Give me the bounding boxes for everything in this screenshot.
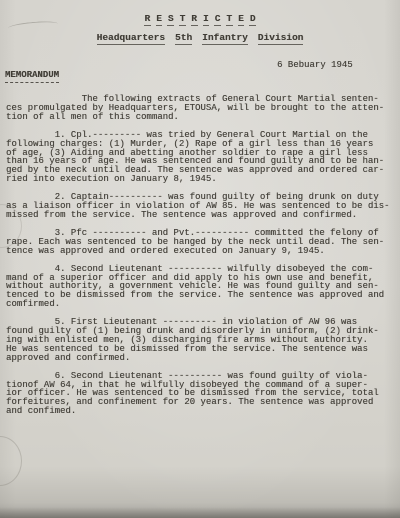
- classification-letter: R: [144, 13, 151, 26]
- classification-letter: C: [214, 13, 221, 26]
- classification-letter: D: [249, 13, 256, 26]
- org-heading-word: 5th: [175, 32, 192, 45]
- memorandum-label: MEMORANDUM: [5, 70, 59, 83]
- classification-letter: T: [226, 13, 233, 26]
- org-heading-word: Division: [258, 32, 304, 45]
- org-heading-word: Infantry: [202, 32, 248, 45]
- org-heading: Headquarters5thInfantryDivision: [0, 32, 400, 45]
- document-page: RESTRICTED Headquarters5thInfantryDivisi…: [0, 0, 400, 518]
- classification-letter: S: [167, 13, 174, 26]
- memo-paragraph: 2. Captain---------- was found guilty of…: [6, 193, 398, 220]
- memo-paragraph: 3. Pfc ---------- and Pvt.---------- com…: [6, 229, 398, 256]
- classification-letter: E: [156, 13, 163, 26]
- date-line: 6 Bebuary 1945: [277, 60, 353, 70]
- classification-letter: E: [238, 13, 245, 26]
- memo-paragraph: 6. Second Lieutenant ---------- was foun…: [6, 372, 398, 417]
- classification-letter: R: [191, 13, 198, 26]
- memo-body: The following extracts of General Court …: [6, 95, 398, 425]
- classification-heading: RESTRICTED: [0, 13, 400, 26]
- memo-paragraph: The following extracts of General Court …: [6, 95, 398, 122]
- memo-paragraph: 1. Cpl.--------- was tried by General Co…: [6, 131, 398, 184]
- org-heading-word: Headquarters: [97, 32, 165, 45]
- memo-paragraph: 5. First Lieutenant ---------- in violat…: [6, 318, 398, 363]
- paper-arc-mark: [0, 436, 22, 486]
- classification-letter: I: [203, 13, 210, 26]
- paper-edge-shadow: [0, 507, 400, 518]
- classification-letter: T: [179, 13, 186, 26]
- memo-paragraph: 4. Second Lieutenant ---------- wilfully…: [6, 265, 398, 310]
